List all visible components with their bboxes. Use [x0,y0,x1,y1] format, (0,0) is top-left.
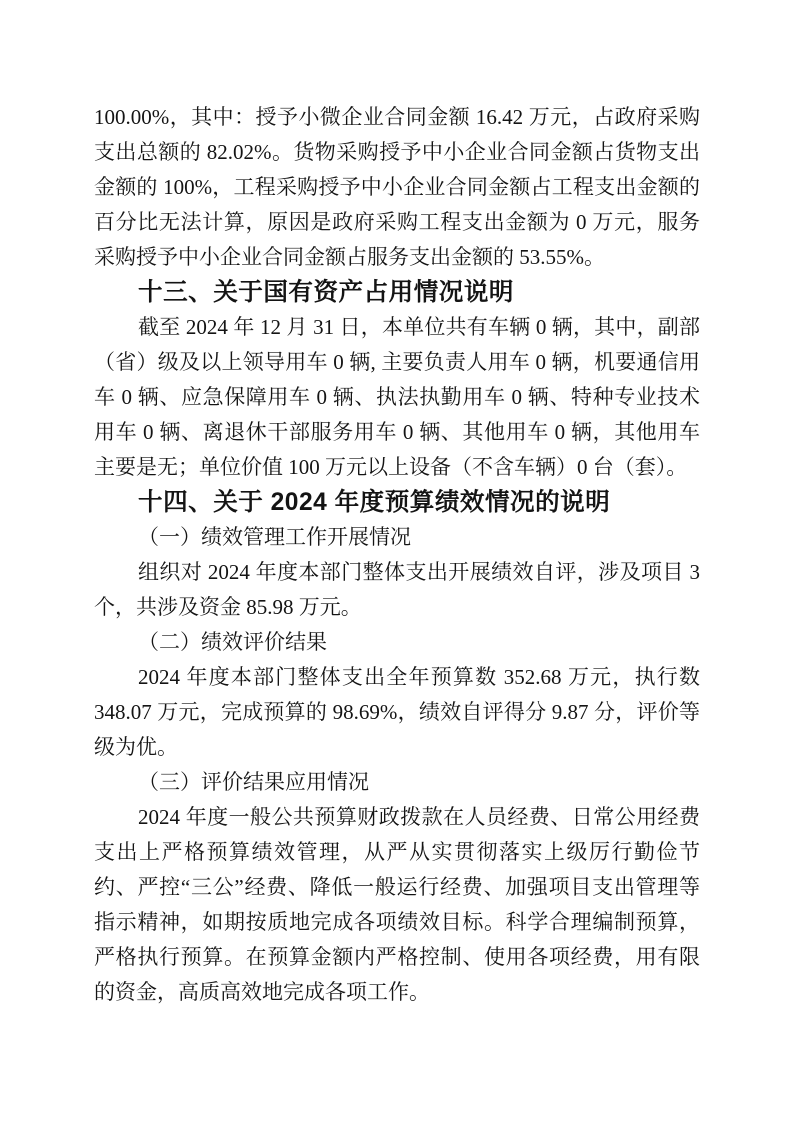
subsection-2-paragraph-budget-execution: 2024 年度本部门整体支出全年预算数 352.68 万元，执行数 348.07… [94,660,700,765]
document-content: 100.00%，其中：授予小微企业合同金额 16.42 万元，占政府采购支出总额… [94,100,700,1010]
subsection-3-paragraph-result-application: 2024 年度一般公共预算财政拨款在人员经费、日常公用经费支出上严格预算绩效管理… [94,800,700,1010]
subsection-1-paragraph-self-evaluation: 组织对 2024 年度本部门整体支出开展绩效自评，涉及项目 3 个，共涉及资金 … [94,555,700,625]
document-page: 100.00%，其中：授予小微企业合同金额 16.42 万元，占政府采购支出总额… [0,0,793,1122]
section-13-heading-state-assets: 十三、关于国有资产占用情况说明 [94,275,700,310]
subsection-2-heading-evaluation-results: （二）绩效评价结果 [94,625,700,660]
section-14-heading-budget-performance: 十四、关于 2024 年度预算绩效情况的说明 [94,485,700,520]
procurement-continuation-paragraph: 100.00%，其中：授予小微企业合同金额 16.42 万元，占政府采购支出总额… [94,100,700,275]
subsection-3-heading-result-application: （三）评价结果应用情况 [94,765,700,800]
section-13-paragraph-vehicles-equipment: 截至 2024 年 12 月 31 日，本单位共有车辆 0 辆，其中，副部（省）… [94,310,700,485]
subsection-1-heading-performance-management: （一）绩效管理工作开展情况 [94,520,700,555]
